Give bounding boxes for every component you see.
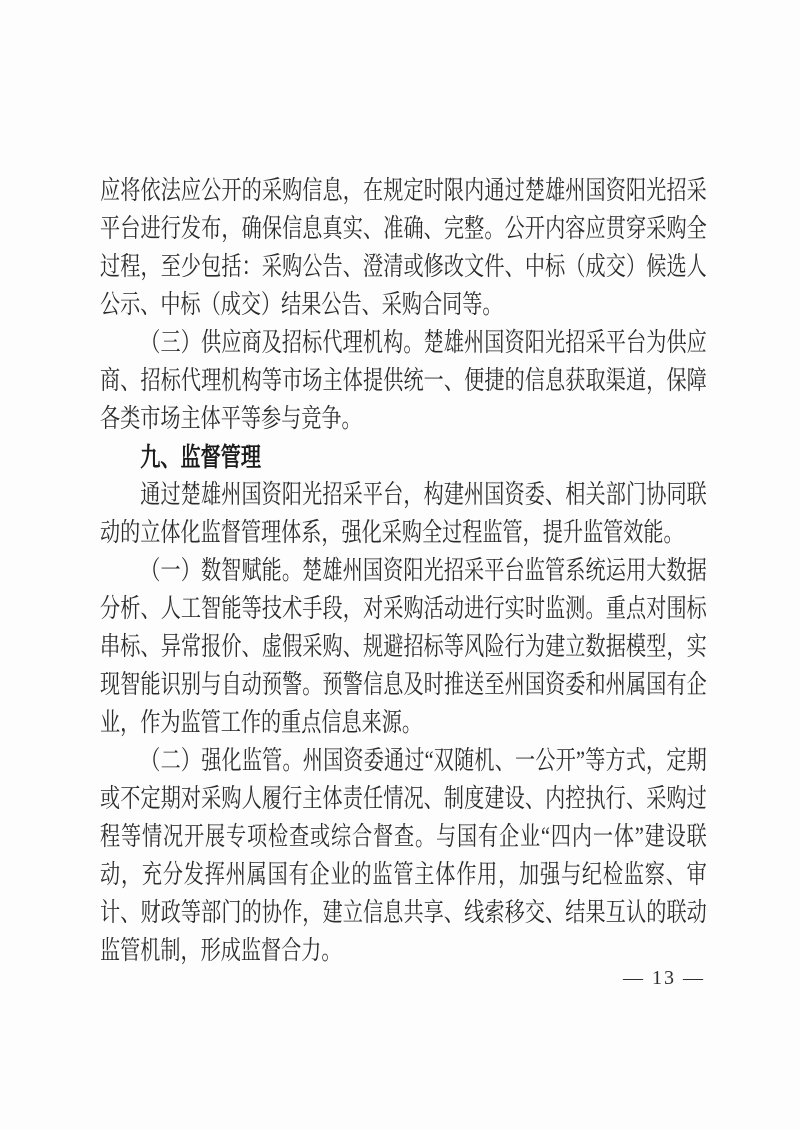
para-item-3-suppliers-and-agencies: （三）供应商及招标代理机构。楚雄州国资阳光招采平台为供应商、招标代理机构等市场主… — [100, 324, 707, 438]
para-item-2-strengthen-supervision: （二）强化监管。州国资委通过“双随机、一公开”等方式，定期或不定期对采购人履行主… — [100, 742, 707, 970]
para-item-1-digital-intelligence-empowerment: （一）数智赋能。楚雄州国资阳光招采平台监管系统运用大数据分析、人工智能等技术手段… — [100, 552, 707, 742]
heading-section-9-supervision-management: 九、监督管理 — [100, 438, 707, 476]
para-supervision-overview: 通过楚雄州国资阳光招采平台，构建州国资委、相关部门协同联动的立体化监督管理体系，… — [100, 476, 707, 552]
document-page: 应将依法应公开的采购信息，在规定时限内通过楚雄州国资阳光招采平台进行发布，确保信… — [0, 0, 800, 1129]
document-content: 应将依法应公开的采购信息，在规定时限内通过楚雄州国资阳光招采平台进行发布，确保信… — [100, 172, 707, 970]
para-continued-info-disclosure: 应将依法应公开的采购信息，在规定时限内通过楚雄州国资阳光招采平台进行发布，确保信… — [100, 172, 707, 324]
page-number: — 13 — — [623, 966, 705, 990]
